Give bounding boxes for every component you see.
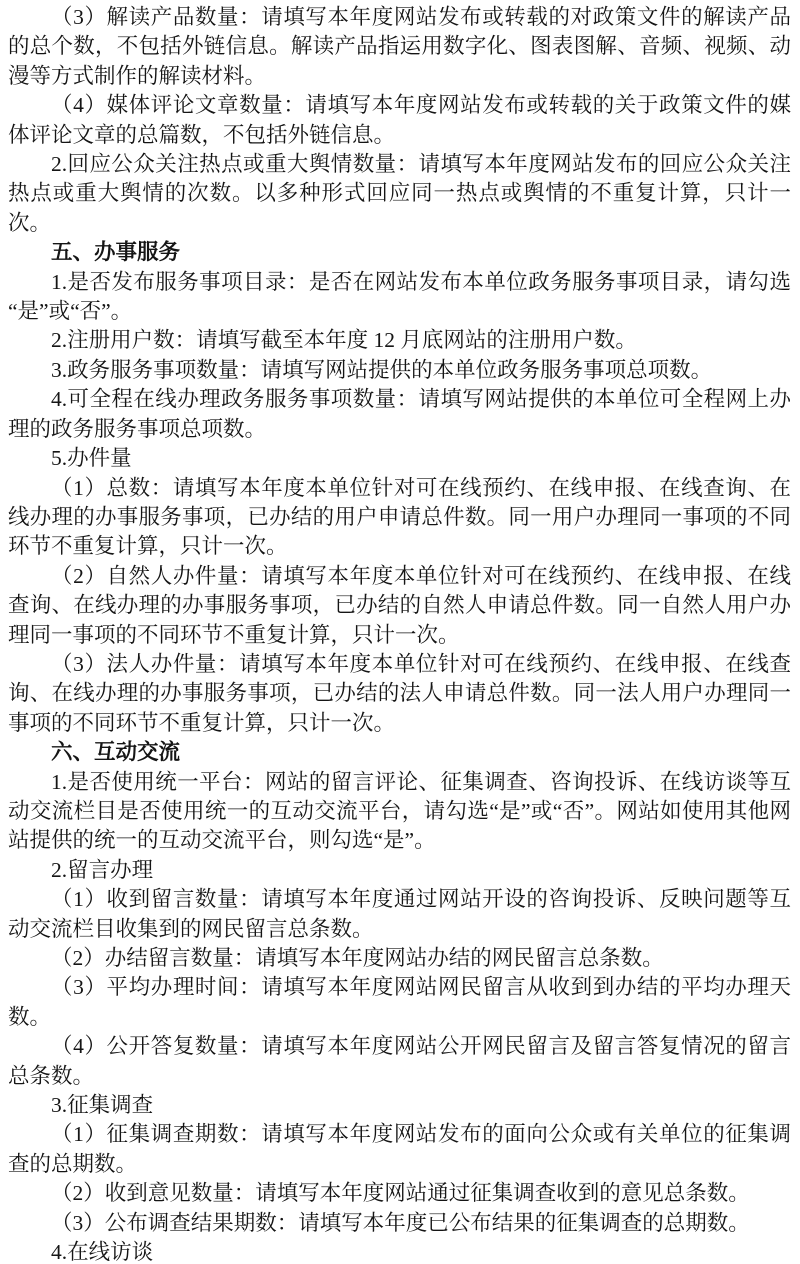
paragraph: （1）收到留言数量：请填写本年度通过网站开设的咨询投诉、反映问题等互动交流栏目收… [8,885,791,944]
document-page: （3）解读产品数量：请填写本年度网站发布或转载的对政策文件的解读产品的总个数，不… [0,0,800,1264]
paragraph: （2）自然人办件量：请填写本年度本单位针对可在线预约、在线申报、在线查询、在线办… [8,562,791,650]
paragraph: 5.办件量 [8,444,791,473]
paragraph: 4.可全程在线办理政务服务事项数量：请填写网站提供的本单位可全程网上办理的政务服… [8,385,791,444]
document-body: （3）解读产品数量：请填写本年度网站发布或转载的对政策文件的解读产品的总个数，不… [8,3,791,1264]
paragraph: 4.在线访谈 [8,1238,791,1264]
paragraph: （2）收到意见数量：请填写本年度网站通过征集调查收到的意见总条数。 [8,1179,791,1208]
section-heading: 六、互动交流 [8,738,791,767]
paragraph: （4）媒体评论文章数量：请填写本年度网站发布或转载的关于政策文件的媒体评论文章的… [8,91,791,150]
paragraph: （1）征集调查期数：请填写本年度网站发布的面向公众或有关单位的征集调查的总期数。 [8,1120,791,1179]
paragraph: 1.是否使用统一平台：网站的留言评论、征集调查、咨询投诉、在线访谈等互动交流栏目… [8,768,791,856]
paragraph: 2.回应公众关注热点或重大舆情数量：请填写本年度网站发布的回应公众关注热点或重大… [8,150,791,238]
paragraph: （4）公开答复数量：请填写本年度网站公开网民留言及留言答复情况的留言总条数。 [8,1032,791,1091]
section-heading: 五、办事服务 [8,238,791,267]
paragraph: 1.是否发布服务事项目录：是否在网站发布本单位政务服务事项目录，请勾选“是”或“… [8,268,791,327]
paragraph: （2）办结留言数量：请填写本年度网站办结的网民留言总条数。 [8,944,791,973]
paragraph: 2.留言办理 [8,856,791,885]
paragraph: （3）公布调查结果期数：请填写本年度已公布结果的征集调查的总期数。 [8,1209,791,1238]
paragraph: （1）总数：请填写本年度本单位针对可在线预约、在线申报、在线查询、在线办理的办事… [8,474,791,562]
paragraph: （3）法人办件量：请填写本年度本单位针对可在线预约、在线申报、在线查询、在线办理… [8,650,791,738]
paragraph: （3）平均办理时间：请填写本年度网站网民留言从收到到办结的平均办理天数。 [8,973,791,1032]
paragraph: 3.征集调查 [8,1091,791,1120]
paragraph: （3）解读产品数量：请填写本年度网站发布或转载的对政策文件的解读产品的总个数，不… [8,3,791,91]
paragraph: 2.注册用户数：请填写截至本年度 12 月底网站的注册用户数。 [8,326,791,355]
paragraph: 3.政务服务事项数量：请填写网站提供的本单位政务服务事项总项数。 [8,356,791,385]
